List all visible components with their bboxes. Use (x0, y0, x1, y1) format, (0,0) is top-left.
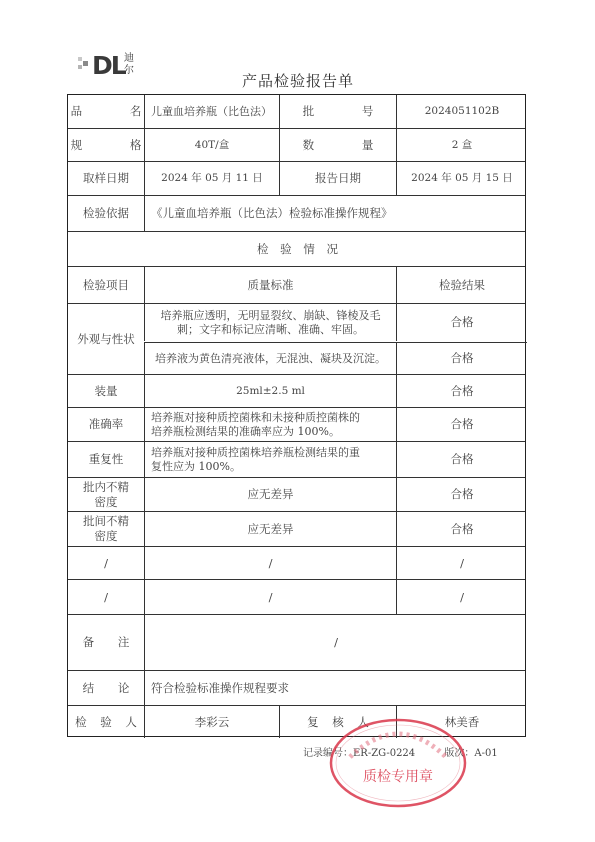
seal-icon: 质检专用章 (328, 717, 468, 809)
standard-empty-2: / (144, 580, 396, 614)
row-dates: 取样日期 2024 年 05 月 11 日 报告日期 2024 年 05 月 1… (68, 161, 525, 195)
report-table: 品 名 儿童血培养瓶（比色法） 批 号 2024051102B 规 格 40T/… (67, 94, 526, 737)
result-repeatability: 合格 (396, 442, 527, 477)
table-row-empty-1: / / / (68, 546, 525, 579)
logo-cn-line1: 迪 (124, 53, 134, 65)
standard-appearance-2: 培养液为黄色清亮液体，无混浊、凝块及沉淀。 (144, 342, 396, 374)
header-result: 检验结果 (396, 267, 527, 303)
company-logo: DL 迪 尔 (78, 53, 138, 79)
value-sampling-date: 2024 年 05 月 11 日 (144, 162, 279, 195)
value-basis: 《儿童血培养瓶（比色法）检验标准操作规程》 (144, 196, 527, 231)
row-section-title: 检 验 情 况 (68, 231, 525, 266)
row-conclusion: 结 论 符合检验标准操作规程要求 (68, 670, 525, 705)
result-empty-2: / (396, 580, 527, 614)
standard-accuracy: 培养瓶对接种质控菌株和未接种质控菌株的培养瓶检测结果的准确率应为 100%。 (144, 408, 396, 441)
item-inter-batch: 批间不精密度 (68, 512, 144, 546)
result-inter-batch: 合格 (396, 512, 527, 546)
logo-cn-line2: 尔 (124, 65, 134, 77)
result-accuracy: 合格 (396, 408, 527, 441)
label-conclusion: 结 论 (68, 671, 144, 705)
row-basis: 检验依据 《儿童血培养瓶（比色法）检验标准操作规程》 (68, 195, 525, 231)
table-row-volume: 装量 25ml±2.5 ml 合格 (68, 374, 525, 407)
header-item: 检验项目 (68, 267, 144, 303)
value-quantity: 2 盒 (396, 129, 527, 161)
label-report-date: 报告日期 (279, 162, 396, 195)
label-product-name: 品 名 (68, 95, 144, 128)
section-title: 检 验 情 况 (68, 232, 527, 266)
standard-intra-batch: 应无差异 (144, 478, 396, 511)
table-row-intra-batch: 批内不精密度 应无差异 合格 (68, 477, 525, 511)
item-volume: 装量 (68, 375, 144, 407)
standard-empty-1: / (144, 547, 396, 579)
label-remarks: 备 注 (68, 615, 144, 670)
row-spec-quantity: 规 格 40T/盒 数 量 2 盒 (68, 128, 525, 161)
label-sampling-date: 取样日期 (68, 162, 144, 195)
page-title: 产品检验报告单 (242, 70, 354, 91)
value-product-name: 儿童血培养瓶（比色法） (144, 95, 279, 128)
label-inspector: 检 验 人 (68, 706, 144, 738)
label-batch: 批 号 (279, 95, 396, 128)
row-product-batch: 品 名 儿童血培养瓶（比色法） 批 号 2024051102B (68, 95, 525, 128)
svg-text:质检专用章: 质检专用章 (363, 768, 433, 785)
result-empty-1: / (396, 547, 527, 579)
row-inspection-headers: 检验项目 质量标准 检验结果 (68, 266, 525, 303)
item-accuracy: 准确率 (68, 408, 144, 441)
label-quantity: 数 量 (279, 129, 396, 161)
result-volume: 合格 (396, 375, 527, 407)
standard-volume: 25ml±2.5 ml (144, 375, 396, 407)
item-empty-1: / (68, 547, 144, 579)
value-report-date: 2024 年 05 月 15 日 (396, 162, 527, 195)
item-repeatability: 重复性 (68, 442, 144, 477)
logo-text: DL (92, 53, 125, 79)
label-spec: 规 格 (68, 129, 144, 161)
table-row-empty-2: / / / (68, 579, 525, 614)
result-appearance-1: 合格 (396, 304, 527, 341)
table-row-inter-batch: 批间不精密度 应无差异 合格 (68, 511, 525, 546)
standard-appearance-1: 培养瓶应透明，无明显裂纹、崩缺、锋棱及毛刺；文字和标记应清晰、准确、牢固。 (144, 304, 396, 341)
table-row-appearance: 外观与性状 培养瓶应透明，无明显裂纹、崩缺、锋棱及毛刺；文字和标记应清晰、准确、… (68, 303, 525, 374)
result-appearance-2: 合格 (396, 342, 527, 374)
quality-seal-stamp: 质检专用章 (328, 717, 468, 809)
table-row-repeatability: 重复性 培养瓶对接种质控菌株培养瓶检测结果的重复性应为 100%。 合格 (68, 441, 525, 477)
value-batch: 2024051102B (396, 95, 527, 128)
table-row-accuracy: 准确率 培养瓶对接种质控菌株和未接种质控菌株的培养瓶检测结果的准确率应为 100… (68, 407, 525, 441)
standard-inter-batch: 应无差异 (144, 512, 396, 546)
item-empty-2: / (68, 580, 144, 614)
row-remarks: 备 注 / (68, 614, 525, 670)
standard-repeatability: 培养瓶对接种质控菌株培养瓶检测结果的重复性应为 100%。 (144, 442, 396, 477)
value-remarks: / (144, 615, 527, 670)
result-intra-batch: 合格 (396, 478, 527, 511)
logo-chinese: 迪 尔 (124, 53, 134, 77)
item-intra-batch: 批内不精密度 (68, 478, 144, 511)
label-basis: 检验依据 (68, 196, 144, 231)
header-standard: 质量标准 (144, 267, 396, 303)
value-spec: 40T/盒 (144, 129, 279, 161)
item-appearance: 外观与性状 (68, 304, 144, 374)
value-inspector: 李彩云 (144, 706, 279, 738)
value-conclusion: 符合检验标准操作规程要求 (144, 671, 527, 705)
